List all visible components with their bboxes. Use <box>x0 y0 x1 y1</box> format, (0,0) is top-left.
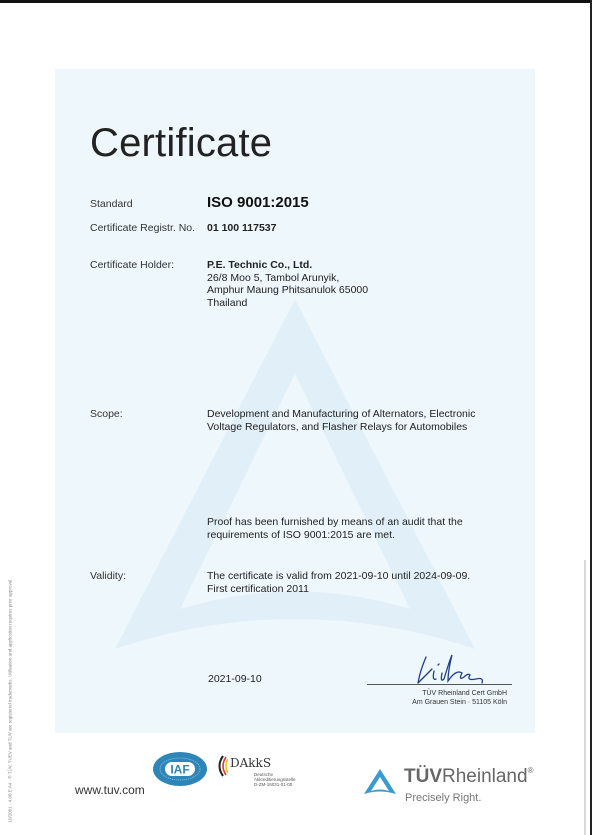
issuer-name: TÜV Rheinland Cert GmbH <box>412 689 507 698</box>
tuv-brand-rest: Rheinland <box>442 766 528 787</box>
website-link[interactable]: www.tuv.com <box>75 783 145 797</box>
tuv-rheinland-logo: TÜVRheinland® Precisely Right. <box>362 763 522 813</box>
holder-block: P.E. Technic Co., Ltd. 26/8 Moo 5, Tambo… <box>207 259 368 309</box>
standard-value: ISO 9001:2015 <box>207 194 309 211</box>
issuer-address: Am Grauen Stein · 51105 Köln <box>412 698 507 707</box>
proof-text: Proof has been furnished by means of an … <box>207 516 463 541</box>
tuv-brand: TÜVRheinland® <box>404 766 533 788</box>
proof-line: Proof has been furnished by means of an … <box>207 516 463 529</box>
signature-icon <box>412 651 492 687</box>
scope-label: Scope: <box>90 408 123 420</box>
holder-address-line: 26/8 Moo 5, Tambol Arunyik, <box>207 272 368 285</box>
svg-text:IAF: IAF <box>170 763 189 777</box>
tuv-triangle-icon <box>362 767 398 797</box>
scope-line: Voltage Regulators, and Flasher Relays f… <box>207 421 475 434</box>
issuer-block: TÜV Rheinland Cert GmbH Am Grauen Stein … <box>412 689 507 707</box>
registration-label: Certificate Registr. No. <box>90 222 195 234</box>
proof-line: requirements of ISO 9001:2015 are met. <box>207 529 463 542</box>
scope-text: Development and Manufacturing of Alterna… <box>207 408 475 433</box>
validity-line: The certificate is valid from 2021-09-10… <box>207 570 470 583</box>
holder-label: Certificate Holder: <box>90 259 174 271</box>
dakks-flag-icon <box>214 755 228 777</box>
holder-address-line: Amphur Maung Phitsanulok 65000 <box>207 284 368 297</box>
tuv-tagline: Precisely Right. <box>405 792 481 804</box>
dakks-subtext: Deutsche Akkreditierungsstelle D-ZM-1603… <box>254 772 296 787</box>
dakks-sub-line: D-ZM-16031-01-00 <box>254 782 296 787</box>
holder-name: P.E. Technic Co., Ltd. <box>207 259 368 272</box>
standard-label: Standard <box>90 198 133 210</box>
tuv-brand-bold: TÜV <box>404 766 442 787</box>
dakks-logo: DAkkS Deutsche Akkreditierungsstelle D-Z… <box>214 755 284 795</box>
scope-line: Development and Manufacturing of Alterna… <box>207 408 475 421</box>
registered-mark: ® <box>528 766 534 775</box>
iaf-logo-icon: IAF <box>152 751 208 787</box>
tuv-triangle-watermark-icon <box>55 69 535 733</box>
certificate-page: Certificate Standard ISO 9001:2015 Certi… <box>0 3 590 835</box>
signature-line <box>367 684 512 685</box>
validity-line: First certification 2011 <box>207 583 470 596</box>
issue-date: 2021-09-10 <box>208 673 262 685</box>
side-legal-note: 10/2001 · 4.08 E A4 · ® TÜV, TUEV and TU… <box>8 503 13 823</box>
registration-value: 01 100 117537 <box>207 222 277 235</box>
holder-address-line: Thailand <box>207 297 368 310</box>
certificate-title: Certificate <box>90 121 272 166</box>
dakks-name: DAkkS <box>230 756 271 770</box>
validity-text: The certificate is valid from 2021-09-10… <box>207 570 470 595</box>
validity-label: Validity: <box>90 570 126 582</box>
